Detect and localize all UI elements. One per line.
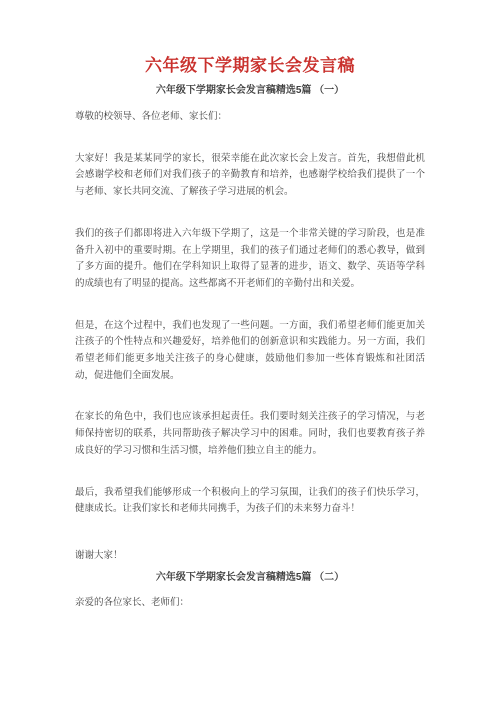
section-1-heading: 六年级下学期家长会发言稿精选5篇 （一） [75, 84, 425, 98]
document-page: 六年级下学期家长会发言稿 六年级下学期家长会发言稿精选5篇 （一） 尊敬的校领导… [0, 0, 500, 707]
section-1-paragraph-5: 最后，我希望我们能够形成一个积极向上的学习氛围，让我们的孩子们快乐学习，健康成长… [75, 485, 425, 518]
section-1-salutation: 尊敬的校领导、各位老师、家长们： [75, 109, 425, 126]
section-2-salutation: 亲爱的各位家长、老师们： [75, 595, 425, 612]
section-1-paragraph-4: 在家长的角色中，我们也应该承担起责任。我们要时刻关注孩子的学习情况，与老师保持密… [75, 409, 425, 459]
section-1-paragraph-1: 大家好！我是某某同学的家长，很荣幸能在此次家长会上发言。首先，我想借此机会感谢学… [75, 151, 425, 201]
section-1-closing: 谢谢大家！ [75, 548, 425, 565]
section-1-paragraph-2: 我们的孩子们都即将进入六年级下学期了，这是一个非常关键的学习阶段，也是准备升入初… [75, 226, 425, 293]
document-title: 六年级下学期家长会发言稿 [75, 55, 425, 77]
section-1-paragraph-3: 但是，在这个过程中，我们也发现了一些问题。一方面，我们希望老师们能更加关注孩子的… [75, 318, 425, 385]
section-2-heading: 六年级下学期家长会发言稿精选5篇 （二） [75, 571, 425, 585]
